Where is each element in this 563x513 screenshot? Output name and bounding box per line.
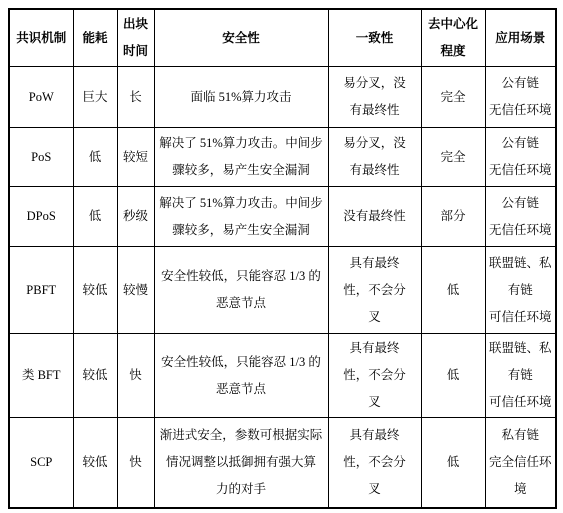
table-row-pbft: PBFT 较低 较慢 安全性较低，只能容忍 1/3 的 恶意节点 具有最终 性，…	[9, 247, 556, 334]
cell-decentralization: 完全	[421, 128, 485, 187]
cell-decentralization: 完全	[421, 67, 485, 128]
cell-block-time: 长	[117, 67, 154, 128]
cell-decentralization: 低	[421, 418, 485, 508]
cell-security: 解决了 51%算力攻击。中间步 骤较多，易产生安全漏洞	[154, 187, 328, 247]
header-consistency: 一致性	[328, 9, 421, 67]
cell-security: 渐进式安全，参数可根据实际 情况调整以抵御拥有强大算 力的对手	[154, 418, 328, 508]
cell-scenario: 公有链 无信任环境	[485, 67, 556, 128]
cell-energy: 低	[73, 128, 117, 187]
header-scenario: 应用场景	[485, 9, 556, 67]
cell-scenario: 公有链 无信任环境	[485, 187, 556, 247]
table-row-pow: PoW 巨大 长 面临 51%算力攻击 易分叉，没 有最终性 完全 公有链 无信…	[9, 67, 556, 128]
cell-decentralization: 低	[421, 247, 485, 334]
table-row-scp: SCP 较低 快 渐进式安全，参数可根据实际 情况调整以抵御拥有强大算 力的对手…	[9, 418, 556, 508]
cell-scenario: 联盟链、私 有链 可信任环境	[485, 334, 556, 418]
cell-security: 面临 51%算力攻击	[154, 67, 328, 128]
header-block-time: 出块 时间	[117, 9, 154, 67]
cell-decentralization: 部分	[421, 187, 485, 247]
table-body: PoW 巨大 长 面临 51%算力攻击 易分叉，没 有最终性 完全 公有链 无信…	[9, 67, 556, 508]
cell-energy: 较低	[73, 418, 117, 508]
cell-energy: 巨大	[73, 67, 117, 128]
cell-scenario: 公有链 无信任环境	[485, 128, 556, 187]
cell-energy: 低	[73, 187, 117, 247]
cell-security: 安全性较低，只能容忍 1/3 的 恶意节点	[154, 334, 328, 418]
cell-consistency: 没有最终性	[328, 187, 421, 247]
header-row: 共识机制 能耗 出块 时间 安全性 一致性 去中心化 程度 应用场景	[9, 9, 556, 67]
cell-mechanism: DPoS	[9, 187, 73, 247]
page: 共识机制 能耗 出块 时间 安全性 一致性 去中心化 程度 应用场景 PoW 巨…	[0, 0, 563, 513]
cell-mechanism: PoS	[9, 128, 73, 187]
cell-security: 安全性较低，只能容忍 1/3 的 恶意节点	[154, 247, 328, 334]
cell-mechanism: PBFT	[9, 247, 73, 334]
cell-block-time: 秒级	[117, 187, 154, 247]
cell-security: 解决了 51%算力攻击。中间步 骤较多，易产生安全漏洞	[154, 128, 328, 187]
cell-energy: 较低	[73, 334, 117, 418]
cell-mechanism: 类 BFT	[9, 334, 73, 418]
cell-block-time: 快	[117, 418, 154, 508]
header-security: 安全性	[154, 9, 328, 67]
table-row-dpos: DPoS 低 秒级 解决了 51%算力攻击。中间步 骤较多，易产生安全漏洞 没有…	[9, 187, 556, 247]
consensus-comparison-table: 共识机制 能耗 出块 时间 安全性 一致性 去中心化 程度 应用场景 PoW 巨…	[8, 8, 557, 509]
header-decentralization: 去中心化 程度	[421, 9, 485, 67]
header-energy: 能耗	[73, 9, 117, 67]
cell-energy: 较低	[73, 247, 117, 334]
cell-block-time: 快	[117, 334, 154, 418]
cell-scenario: 联盟链、私 有链 可信任环境	[485, 247, 556, 334]
table-header: 共识机制 能耗 出块 时间 安全性 一致性 去中心化 程度 应用场景	[9, 9, 556, 67]
cell-consistency: 易分叉，没 有最终性	[328, 67, 421, 128]
cell-block-time: 较慢	[117, 247, 154, 334]
cell-mechanism: PoW	[9, 67, 73, 128]
cell-block-time: 较短	[117, 128, 154, 187]
cell-consistency: 具有最终 性，不会分 叉	[328, 418, 421, 508]
cell-consistency: 具有最终 性，不会分 叉	[328, 247, 421, 334]
cell-consistency: 易分叉，没 有最终性	[328, 128, 421, 187]
cell-mechanism: SCP	[9, 418, 73, 508]
table-row-pos: PoS 低 较短 解决了 51%算力攻击。中间步 骤较多，易产生安全漏洞 易分叉…	[9, 128, 556, 187]
table-row-bft: 类 BFT 较低 快 安全性较低，只能容忍 1/3 的 恶意节点 具有最终 性，…	[9, 334, 556, 418]
header-mechanism: 共识机制	[9, 9, 73, 67]
cell-decentralization: 低	[421, 334, 485, 418]
cell-scenario: 私有链 完全信任环 境	[485, 418, 556, 508]
cell-consistency: 具有最终 性，不会分 叉	[328, 334, 421, 418]
